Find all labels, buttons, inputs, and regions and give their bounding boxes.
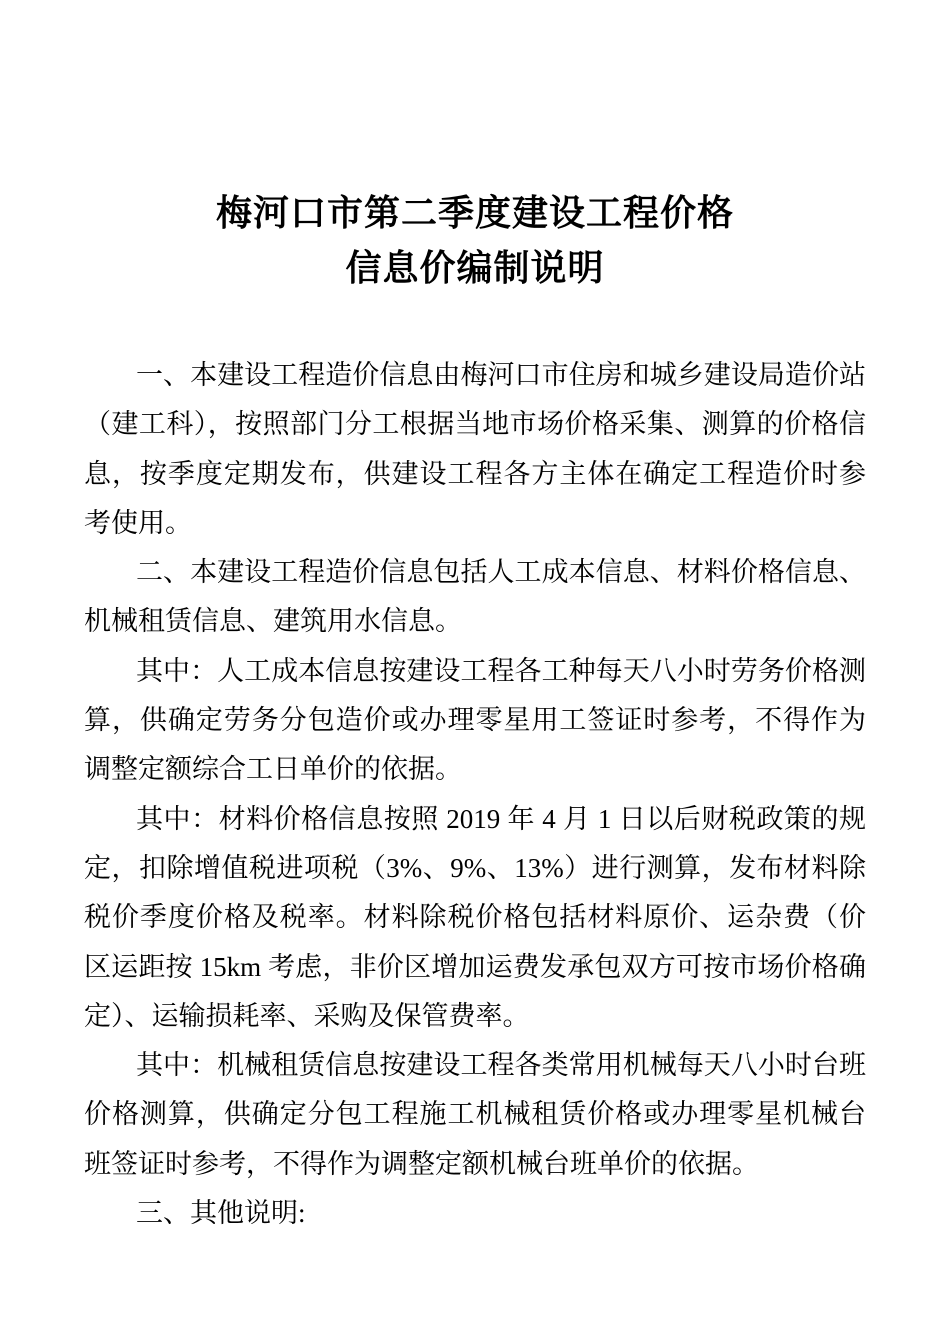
document-page: 梅河口市第二季度建设工程价格 信息价编制说明 一、本建设工程造价信息由梅河口市住… xyxy=(0,0,950,1344)
document-title-line-2: 信息价编制说明 xyxy=(84,241,866,296)
paragraph-5: 其中：机械租赁信息按建设工程各类常用机械每天八小时台班价格测算，供确定分包工程施… xyxy=(84,1041,866,1189)
paragraph-4: 其中：材料价格信息按照 2019 年 4 月 1 日以后财税政策的规定，扣除增值… xyxy=(84,795,866,1041)
document-title: 梅河口市第二季度建设工程价格 信息价编制说明 xyxy=(84,186,866,296)
paragraph-1: 一、本建设工程造价信息由梅河口市住房和城乡建设局造价站（建工科），按照部门分工根… xyxy=(84,351,866,548)
document-body: 一、本建设工程造价信息由梅河口市住房和城乡建设局造价站（建工科），按照部门分工根… xyxy=(84,351,866,1238)
paragraph-6: 三、其他说明: xyxy=(84,1189,866,1238)
document-title-line-1: 梅河口市第二季度建设工程价格 xyxy=(84,186,866,241)
paragraph-2: 二、本建设工程造价信息包括人工成本信息、材料价格信息、机械租赁信息、建筑用水信息… xyxy=(84,548,866,647)
paragraph-3: 其中：人工成本信息按建设工程各工种每天八小时劳务价格测算，供确定劳务分包造价或办… xyxy=(84,647,866,795)
